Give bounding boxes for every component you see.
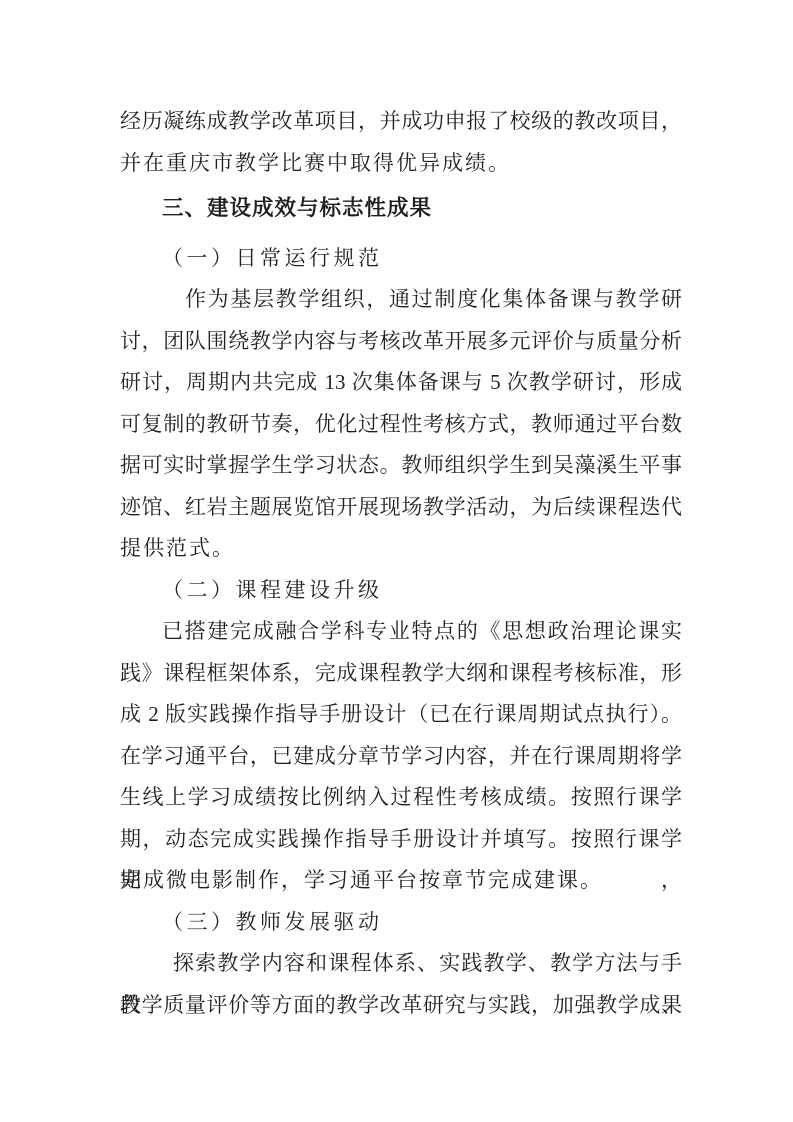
subsection-heading: （三）教师发展驱动 bbox=[120, 902, 682, 944]
text-line: 探索教学内容和课程体系、实践教学、教学方法与手段、 bbox=[120, 943, 682, 985]
text-line: 可复制的教研节奏，优化过程性考核方式，教师通过平台数 bbox=[120, 404, 682, 446]
subsection-heading: （二）课程建设升级 bbox=[120, 570, 682, 612]
document-page: 经历凝练成教学改革项目，并成功申报了校级的教改项目， 并在重庆市教学比赛中取得优… bbox=[0, 0, 793, 1122]
text-line: 据可实时掌握学生学习状态。教师组织学生到吴藻溪生平事 bbox=[120, 445, 682, 487]
text-line: 作为基层教学组织，通过制度化集体备课与教学研 bbox=[120, 279, 682, 321]
text-line: 已搭建完成融合学科专业特点的《思想政治理论课实 bbox=[120, 611, 682, 653]
text-line: 生线上学习成绩按比例纳入过程性考核成绩。按照行课学 bbox=[120, 777, 682, 819]
text-line: 迹馆、红岩主题展览馆开展现场教学活动，为后续课程迭代 bbox=[120, 487, 682, 529]
text-line: 践》课程框架体系，完成课程教学大纲和课程考核标准，形 bbox=[120, 653, 682, 695]
text-line: 教学质量评价等方面的教学改革研究与实践，加强教学成果 bbox=[120, 985, 682, 1027]
text-line: 成 2 版实践操作指导手册设计（已在行课周期试点执行）。 bbox=[120, 694, 682, 736]
page-content: 经历凝练成教学改革项目，并成功申报了校级的教改项目， 并在重庆市教学比赛中取得优… bbox=[120, 101, 682, 1026]
text-line: 在学习通平台，已建成分章节学习内容，并在行课周期将学 bbox=[120, 736, 682, 778]
text-line: 完成微电影制作，学习通平台按章节完成建课。 bbox=[120, 860, 682, 902]
text-line: 讨，团队围绕教学内容与考核改革开展多元评价与质量分析 bbox=[120, 321, 682, 363]
text-line: 研讨，周期内共完成 13 次集体备课与 5 次教学研讨，形成 bbox=[120, 362, 682, 404]
text-line: 并在重庆市教学比赛中取得优异成绩。 bbox=[120, 143, 682, 185]
section-heading: 三、建设成效与标志性成果 bbox=[120, 188, 682, 230]
text-line: 提供范式。 bbox=[120, 528, 682, 570]
text-line: 期，动态完成实践操作指导手册设计并填写。按照行课学期， bbox=[120, 819, 682, 861]
text-line: 经历凝练成教学改革项目，并成功申报了校级的教改项目， bbox=[120, 101, 682, 143]
subsection-heading: （一）日常运行规范 bbox=[120, 238, 682, 280]
